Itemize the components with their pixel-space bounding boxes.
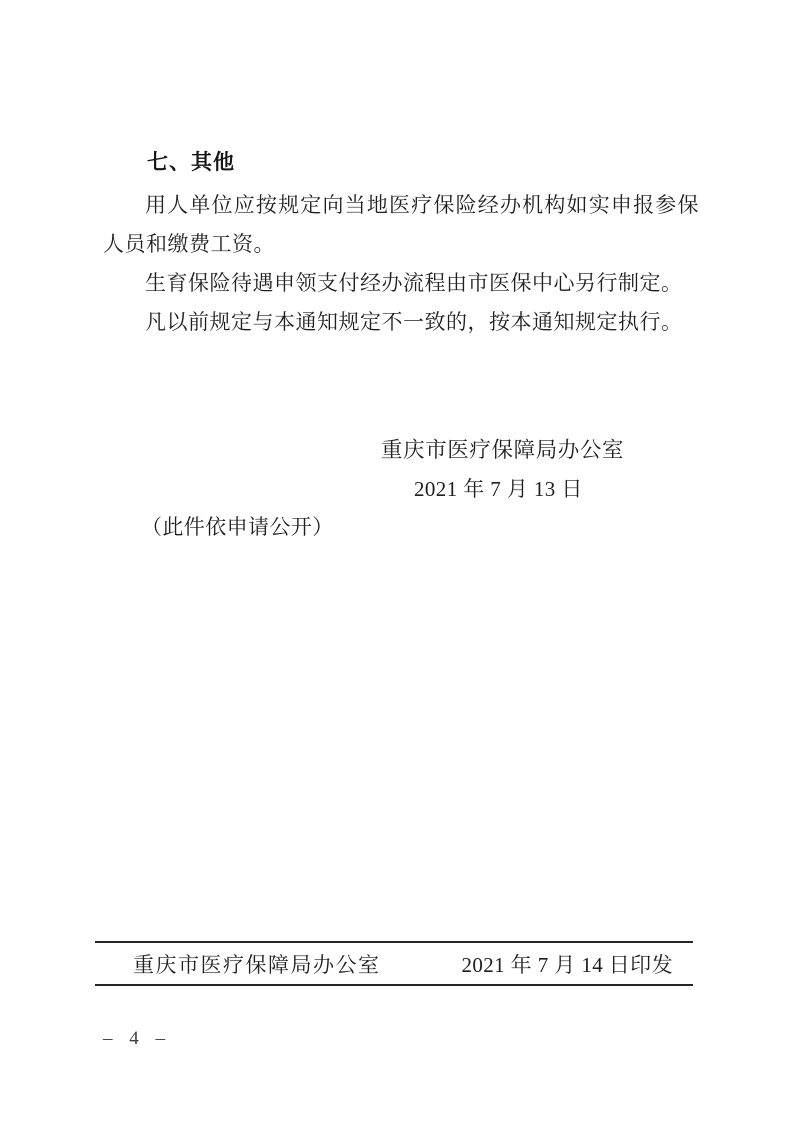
signature-date: 2021 年 7 月 13 日 [414,473,583,503]
body-paragraph: 凡以前规定与本通知规定不一致的，按本通知规定执行。 [103,303,699,342]
signature-issuer: 重庆市医疗保障局办公室 [381,433,624,464]
colophon-print-date: 2021 年 7 月 14 日印发 [461,949,673,979]
page-number: – 4 – [103,1028,171,1050]
body-paragraph: 用人单位应按规定向当地医疗保险经办机构如实申报参保人员和缴费工资。 [103,186,699,264]
document-body: 用人单位应按规定向当地医疗保险经办机构如实申报参保人员和缴费工资。 生育保险待遇… [103,186,699,342]
colophon-issuer: 重庆市医疗保障局办公室 [133,949,381,979]
body-paragraph: 生育保险待遇申领支付经办流程由市医保中心另行制定。 [103,264,699,303]
section-heading: 七、其他 [147,149,235,177]
document-page: 七、其他 用人单位应按规定向当地医疗保险经办机构如实申报参保人员和缴费工资。 生… [0,0,793,1122]
colophon-bar: 重庆市医疗保障局办公室 2021 年 7 月 14 日印发 [95,941,693,986]
disclosure-note: （此件依申请公开） [141,511,334,541]
